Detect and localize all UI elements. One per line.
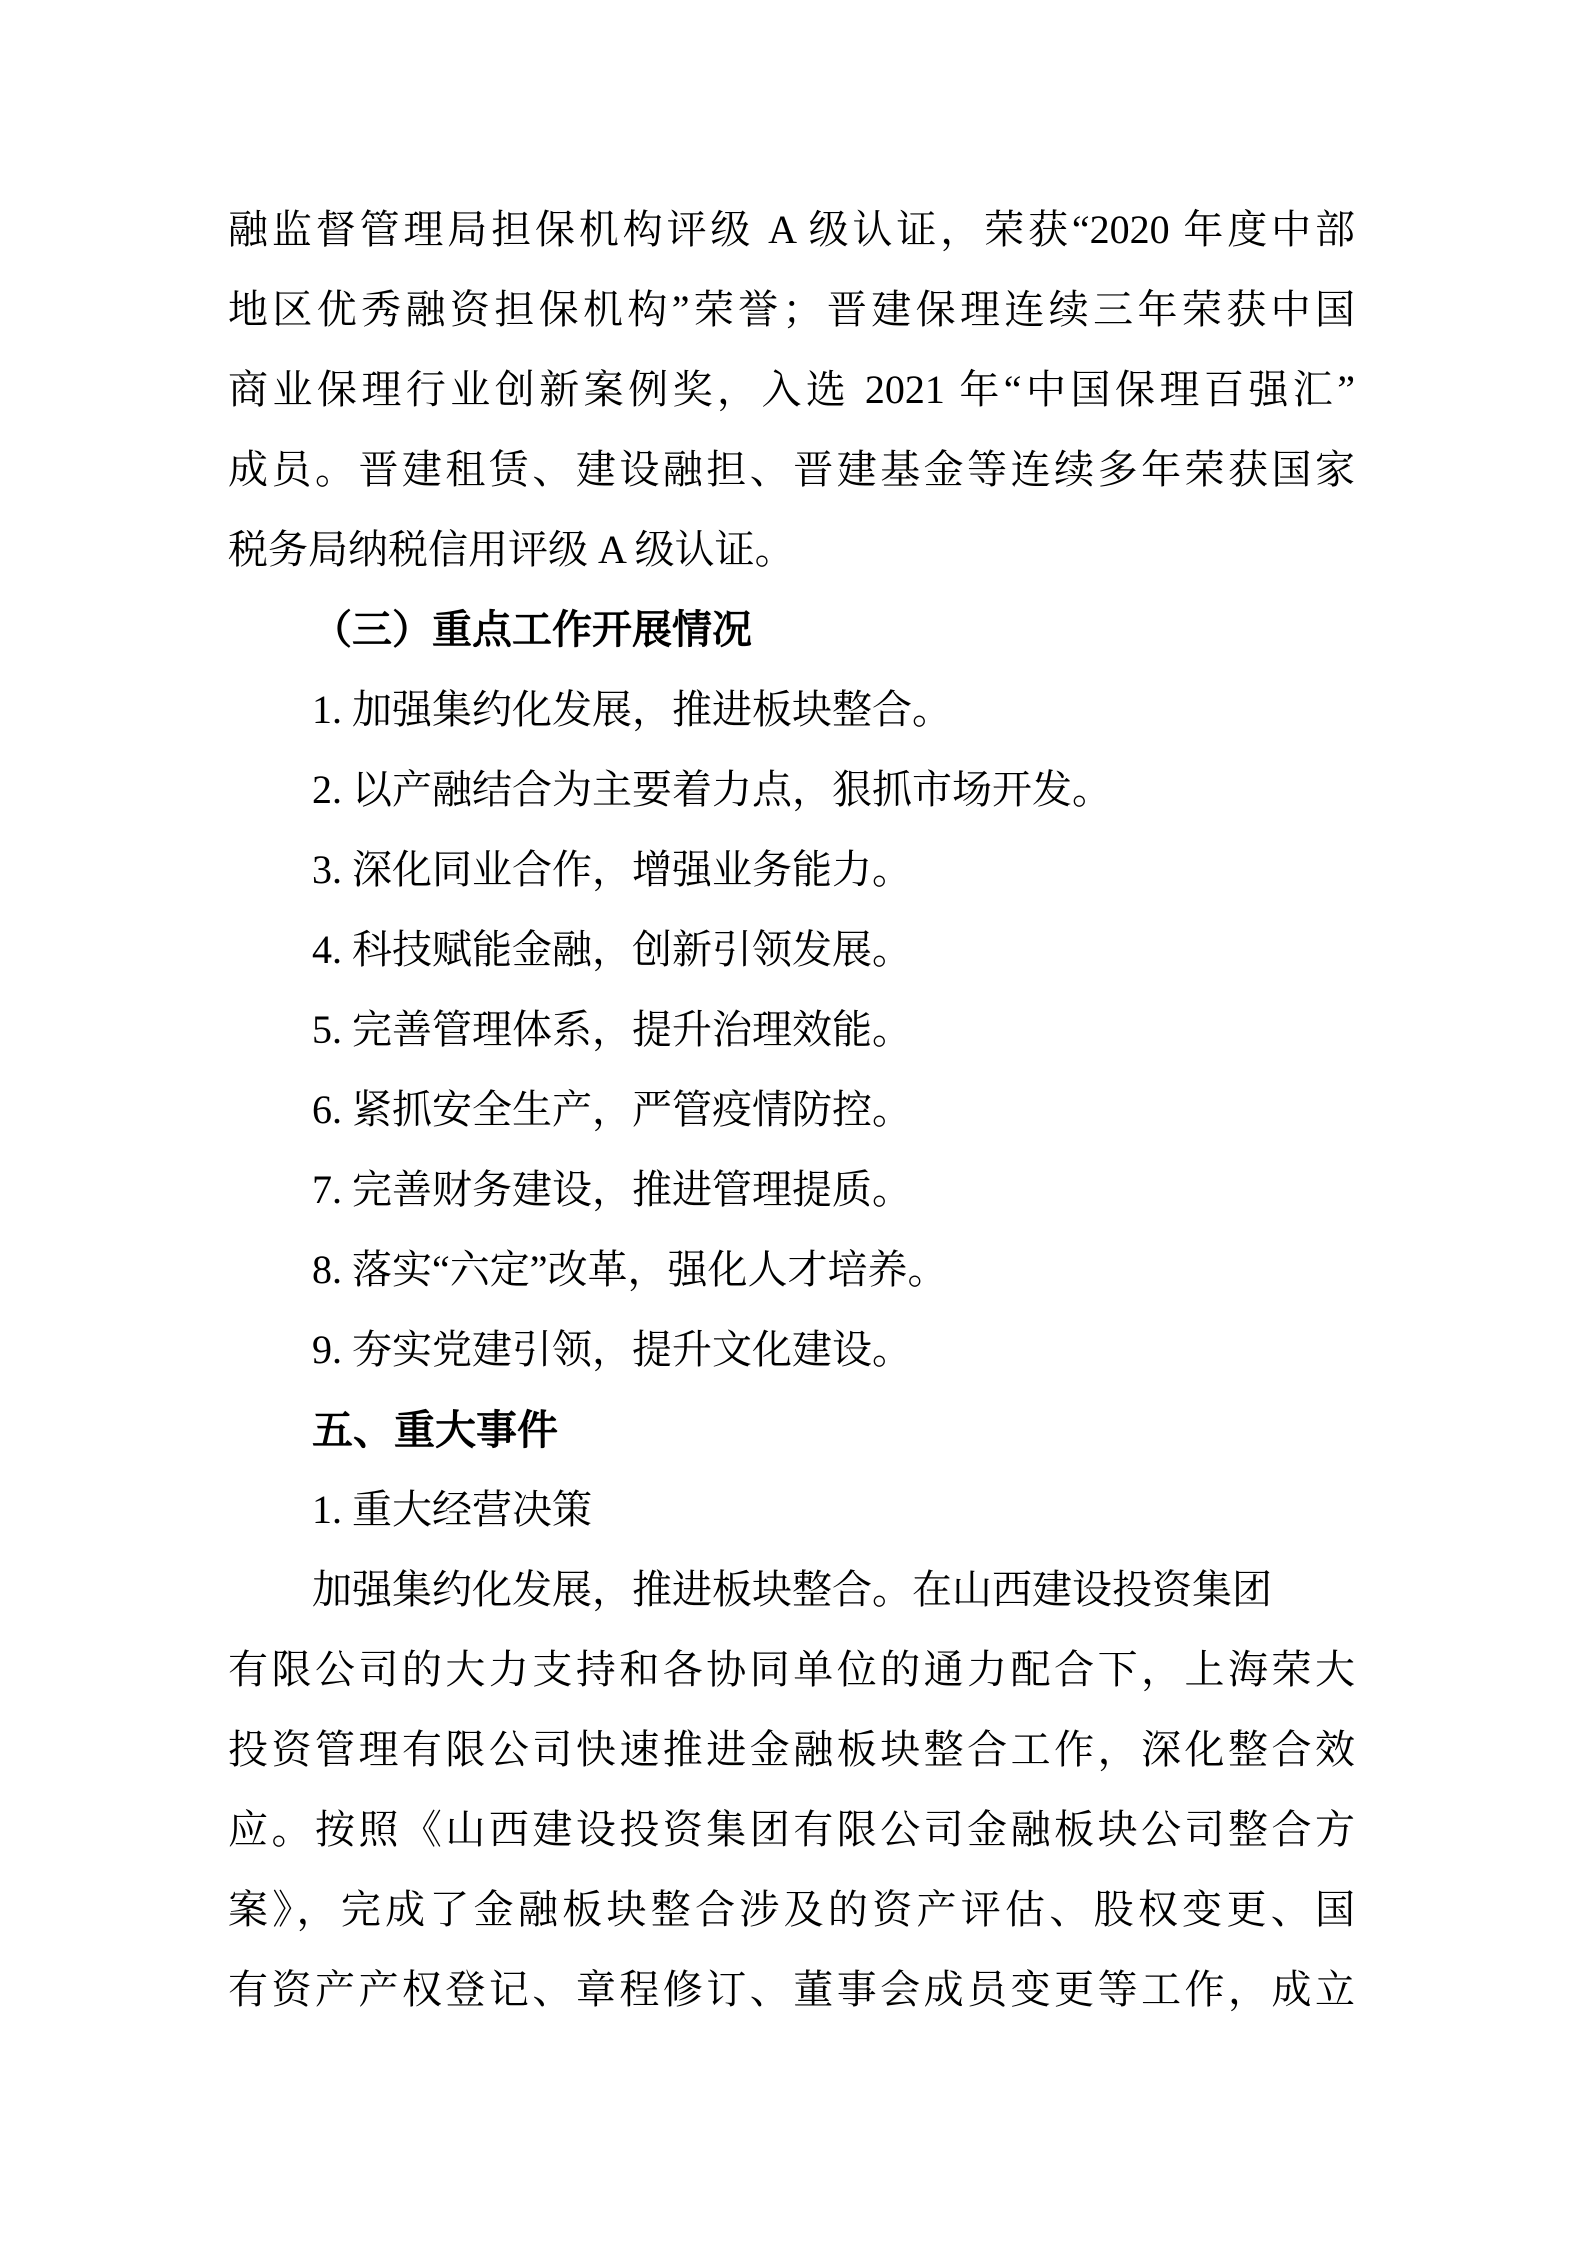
body-text-line: 地区优秀融资担保机构”荣誉；晋建保理连续三年荣获中国	[228, 270, 1355, 350]
numbered-item-line: 8. 落实“六定”改革，强化人才培养。	[228, 1230, 1355, 1310]
body-text-line: 商业保理行业创新案例奖，入选 2021 年“中国保理百强汇”	[228, 350, 1355, 430]
paragraph-text-line: 案》，完成了金融板块整合涉及的资产评估、股权变更、国	[228, 1870, 1355, 1950]
numbered-item-line: 5. 完善管理体系，提升治理效能。	[228, 990, 1355, 1070]
numbered-item-line: 7. 完善财务建设，推进管理提质。	[228, 1150, 1355, 1230]
body-text-line: 融监督管理局担保机构评级 A 级认证，荣获“2020 年度中部	[228, 190, 1355, 270]
paragraph-text-line: 应。按照《山西建设投资集团有限公司金融板块公司整合方	[228, 1790, 1355, 1870]
numbered-subheading: 1. 重大经营决策	[228, 1470, 1355, 1550]
numbered-item-line: 9. 夯实党建引领，提升文化建设。	[228, 1310, 1355, 1390]
paragraph-text-line: 有限公司的大力支持和各协同单位的通力配合下，上海荣大	[228, 1630, 1355, 1710]
body-text-line: 税务局纳税信用评级 A 级认证。	[228, 510, 1355, 590]
numbered-item-line: 1. 加强集约化发展，推进板块整合。	[228, 670, 1355, 750]
paragraph-text-line: 投资管理有限公司快速推进金融板块整合工作，深化整合效	[228, 1710, 1355, 1790]
numbered-item-line: 4. 科技赋能金融，创新引领发展。	[228, 910, 1355, 990]
paragraph-text-line: 加强集约化发展，推进板块整合。在山西建设投资集团	[228, 1550, 1355, 1630]
subsection-heading: （三）重点工作开展情况	[228, 590, 1355, 670]
paragraph-text-line: 有资产产权登记、章程修订、董事会成员变更等工作，成立	[228, 1950, 1355, 2030]
body-text-line: 成员。晋建租赁、建设融担、晋建基金等连续多年荣获国家	[228, 430, 1355, 510]
numbered-item-line: 2. 以产融结合为主要着力点，狠抓市场开发。	[228, 750, 1355, 830]
section-heading: 五、重大事件	[228, 1390, 1355, 1470]
document-page: 融监督管理局担保机构评级 A 级认证，荣获“2020 年度中部 地区优秀融资担保…	[0, 0, 1587, 2245]
numbered-item-line: 3. 深化同业合作，增强业务能力。	[228, 830, 1355, 910]
numbered-item-line: 6. 紧抓安全生产，严管疫情防控。	[228, 1070, 1355, 1150]
